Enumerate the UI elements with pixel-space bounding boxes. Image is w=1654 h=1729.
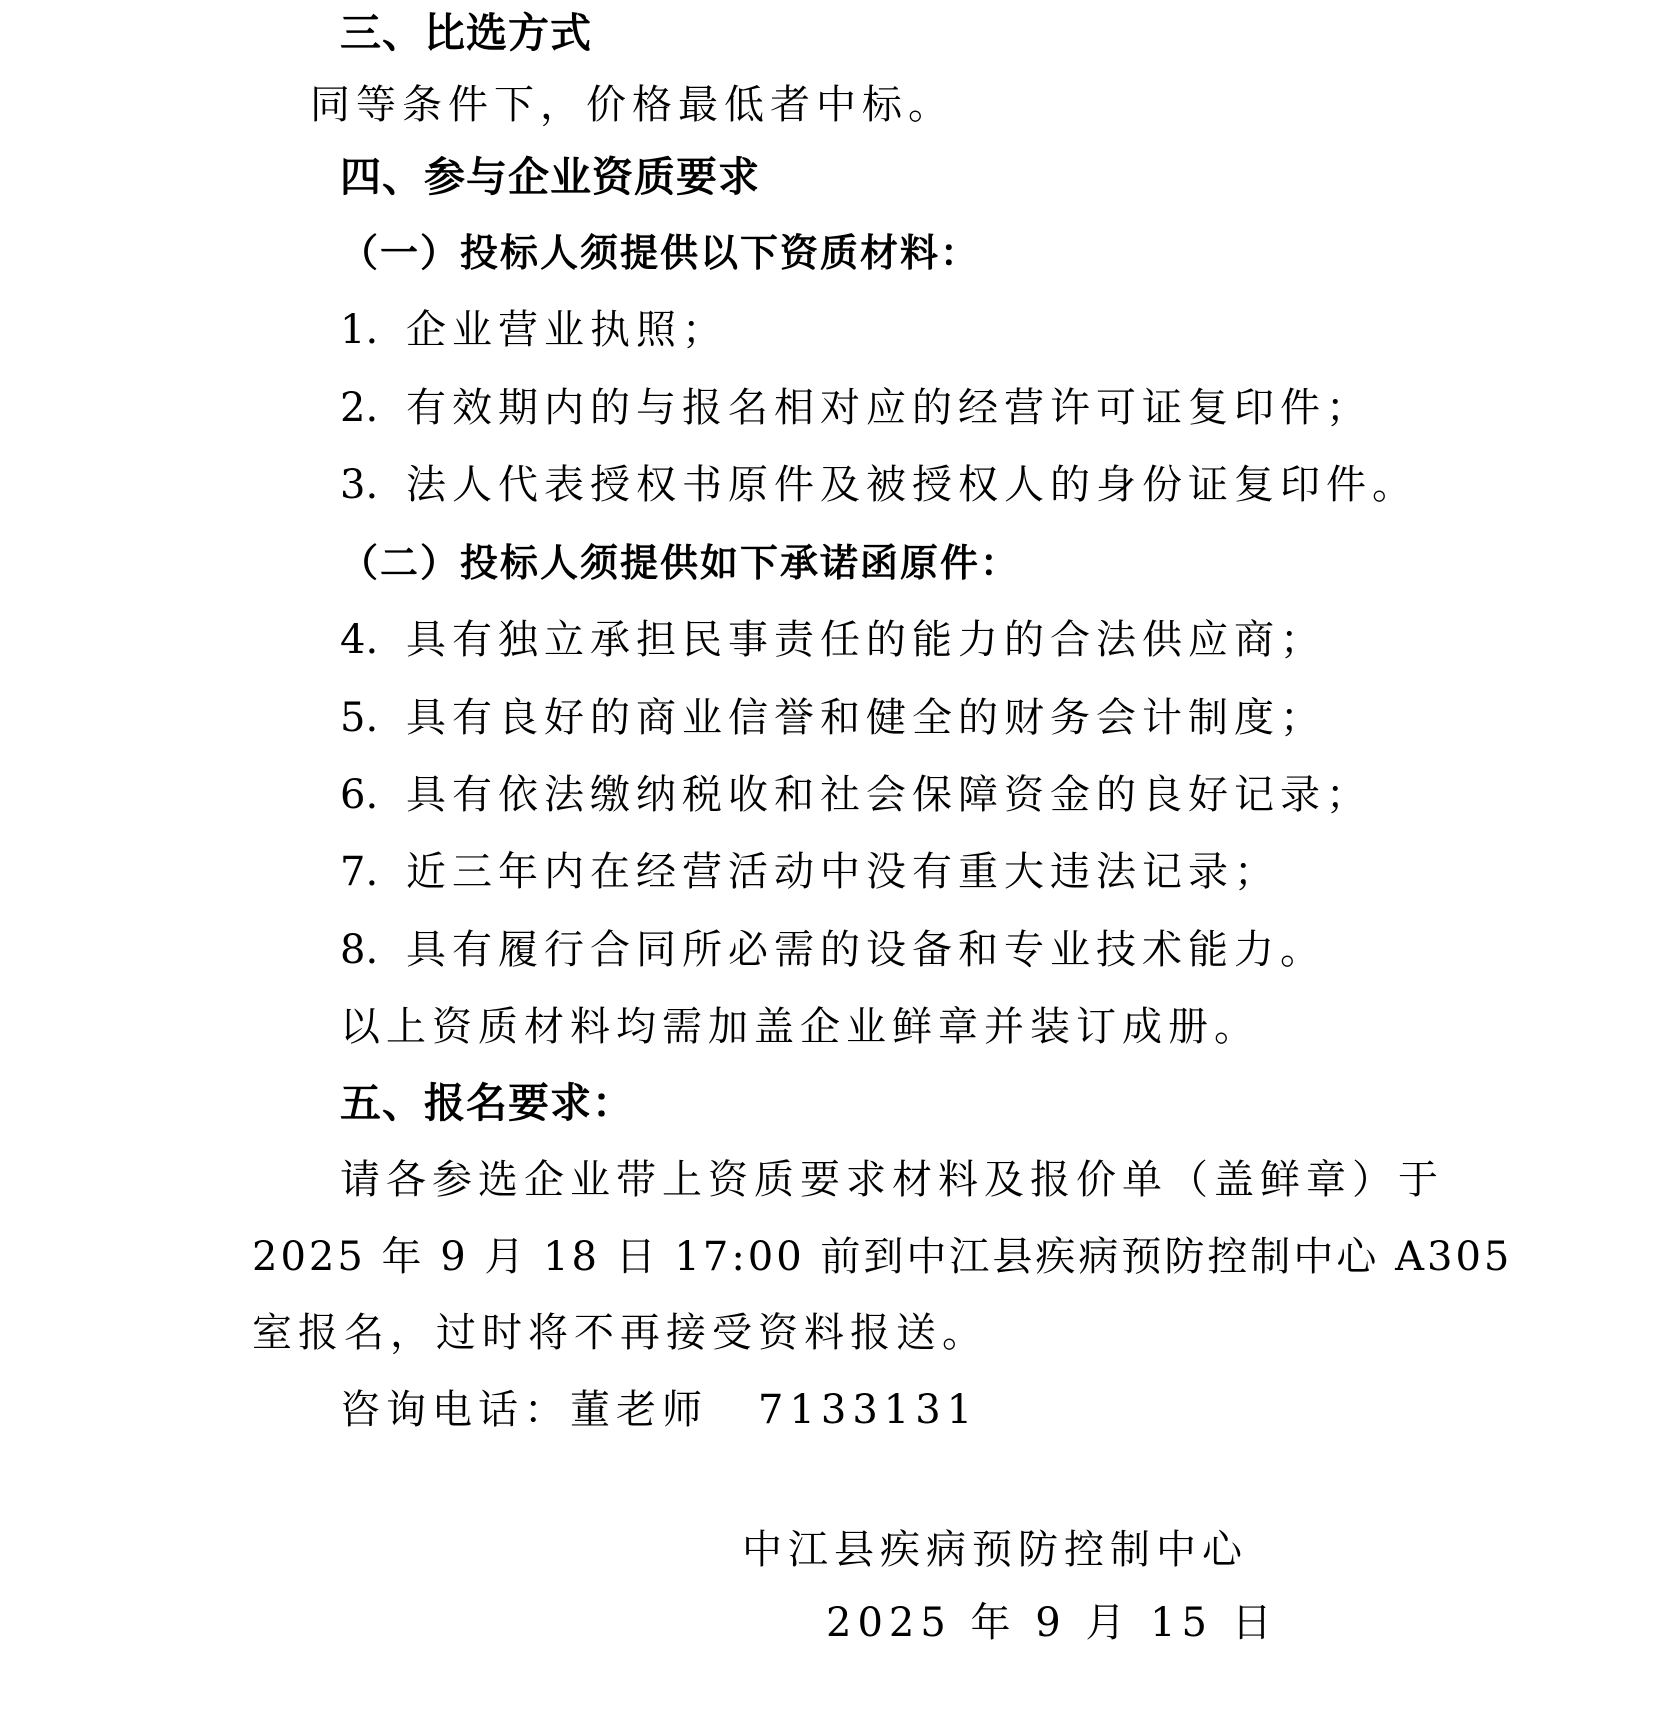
registration-paragraph-line-1: 请各参选企业带上资质要求材料及报价单（盖鲜章）于 (340, 1155, 1444, 1205)
list-item: 7.近三年内在经营活动中没有重大违法记录； (340, 847, 1280, 897)
list-item-number: 6. (340, 770, 406, 820)
signature-date: 2025 年 9 月 15 日 (826, 1598, 1278, 1648)
registration-paragraph-line-2: 2025 年 9 月 18 日 17:00 前到中江县疾病预防控制中心 A305 (252, 1232, 1512, 1282)
list-item-text: 企业营业执照； (406, 307, 728, 353)
list-item-number: 4. (340, 615, 406, 665)
list-item-text: 具有良好的商业信誉和健全的财务会计制度； (406, 695, 1326, 741)
document-page: 三、比选方式 同等条件下，价格最低者中标。 四、参与企业资质要求 （一）投标人须… (0, 0, 1654, 1729)
section-3-text: 同等条件下，价格最低者中标。 (310, 80, 954, 130)
list-item-number: 5. (340, 693, 406, 743)
list-item-number: 8. (340, 925, 406, 975)
contact-label: 咨询电话：董老师 (340, 1387, 708, 1433)
section-3-heading: 三、比选方式 (340, 8, 592, 58)
list-item: 1.企业营业执照； (340, 305, 728, 355)
list-item: 3.法人代表授权书原件及被授权人的身份证复印件。 (340, 460, 1418, 510)
signature-organization: 中江县疾病预防控制中心 (742, 1525, 1248, 1575)
section-5-heading: 五、报名要求： (340, 1078, 634, 1128)
list-item-text: 有效期内的与报名相对应的经营许可证复印件； (406, 385, 1372, 431)
list-item-text: 具有独立承担民事责任的能力的合法供应商； (406, 617, 1326, 663)
list-item: 8.具有履行合同所必需的设备和专业技术能力。 (340, 925, 1326, 975)
list-item-number: 7. (340, 847, 406, 897)
registration-paragraph-line-3: 室报名，过时将不再接受资料报送。 (252, 1308, 988, 1358)
subsection-2-heading: （二）投标人须提供如下承诺函原件： (340, 538, 1020, 588)
list-item-text: 具有履行合同所必需的设备和专业技术能力。 (406, 927, 1326, 973)
list-item: 2.有效期内的与报名相对应的经营许可证复印件； (340, 383, 1372, 433)
contact-line: 咨询电话：董老师7133131 (340, 1385, 978, 1435)
materials-note: 以上资质材料均需加盖企业鲜章并装订成册。 (340, 1002, 1260, 1052)
list-item: 4.具有独立承担民事责任的能力的合法供应商； (340, 615, 1326, 665)
list-item: 5.具有良好的商业信誉和健全的财务会计制度； (340, 693, 1326, 743)
list-item-text: 法人代表授权书原件及被授权人的身份证复印件。 (406, 462, 1418, 508)
list-item-text: 具有依法缴纳税收和社会保障资金的良好记录； (406, 772, 1372, 818)
list-item-number: 3. (340, 460, 406, 510)
contact-phone: 7133131 (758, 1387, 978, 1433)
list-item-text: 近三年内在经营活动中没有重大违法记录； (406, 849, 1280, 895)
subsection-1-heading: （一）投标人须提供以下资质材料： (340, 228, 980, 278)
list-item: 6.具有依法缴纳税收和社会保障资金的良好记录； (340, 770, 1372, 820)
section-4-heading: 四、参与企业资质要求 (340, 152, 760, 202)
list-item-number: 2. (340, 383, 406, 433)
list-item-number: 1. (340, 305, 406, 355)
